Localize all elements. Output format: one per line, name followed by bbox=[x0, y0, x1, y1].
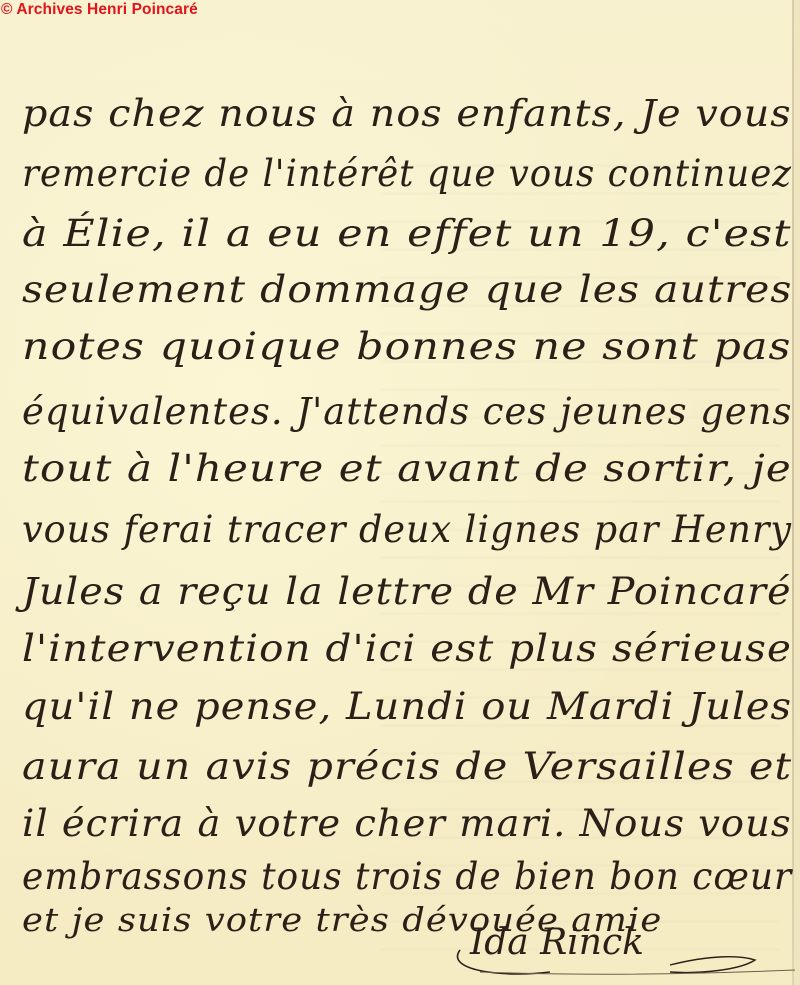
letter-line-2: remercie de l'intérêt que vous continuez bbox=[22, 152, 792, 195]
letter-line-1: pas chez nous à nos enfants, Je vous bbox=[22, 92, 792, 135]
letter-line-6: équivalentes. J'attends ces jeunes gens bbox=[22, 390, 792, 433]
letter-line-9: Jules a reçu la lettre de Mr Poincaré bbox=[22, 570, 792, 613]
letter-line-7: tout à l'heure et avant de sortir, je bbox=[22, 447, 792, 490]
letter-line-14: embrassons tous trois de bien bon cœur bbox=[22, 855, 792, 898]
paper-margin bbox=[794, 0, 800, 985]
letter-line-3: à Élie, il a eu en effet un 19, c'est bbox=[22, 212, 792, 255]
copyright-notice: © Archives Henri Poincaré bbox=[1, 1, 198, 19]
letter-line-8: vous ferai tracer deux lignes par Henry bbox=[22, 508, 792, 551]
letter-line-12: aura un avis précis de Versailles et bbox=[22, 745, 792, 788]
letter-line-10: l'intervention d'ici est plus sérieuse bbox=[22, 627, 792, 670]
letter-line-13: il écrira à votre cher mari. Nous vous bbox=[22, 802, 792, 845]
letter-line-4: seulement dommage que les autres bbox=[22, 268, 792, 311]
letter-line-11: qu'il ne pense, Lundi ou Mardi Jules bbox=[22, 685, 792, 728]
signature-flourish bbox=[440, 930, 800, 980]
letter-line-5: notes quoique bonnes ne sont pas bbox=[22, 325, 792, 368]
